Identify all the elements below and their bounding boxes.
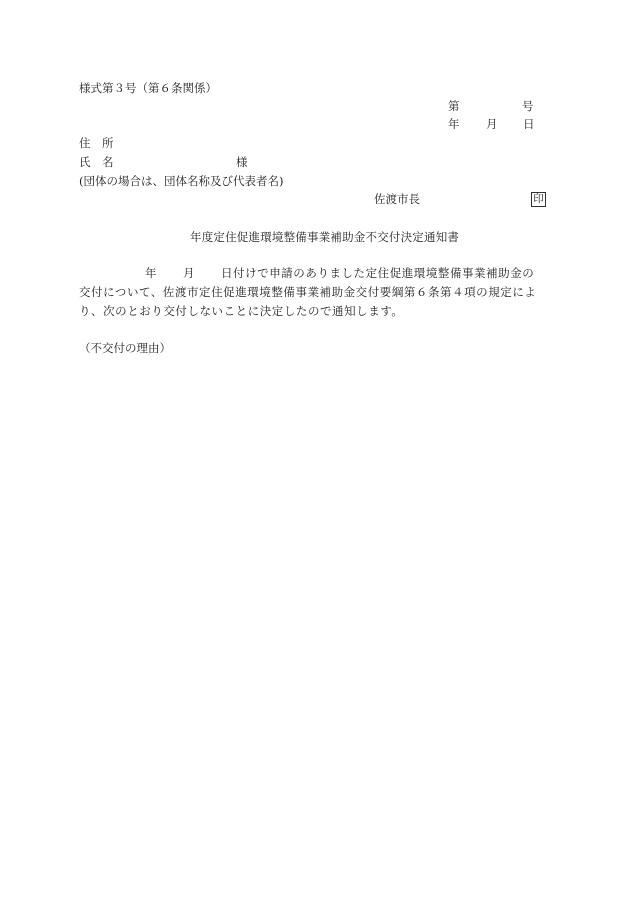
body-month: 月: [183, 266, 195, 280]
body-year: 年: [145, 266, 157, 280]
name-label: 氏 名: [79, 155, 114, 169]
date-year: 年: [448, 117, 460, 131]
body-line-2: 交付について、佐渡市定住促進環境整備事業補助金交付要綱第６条第４項の規定によ: [79, 285, 536, 299]
address-label: 住 所: [79, 136, 114, 150]
sender-title: 佐渡市長: [374, 192, 420, 206]
document-title: 年度定住促進環境整備事業補助金不交付決定通知書: [190, 230, 459, 244]
body-line-3: り、次のとおり交付しないことに決定したので通知します。: [79, 304, 403, 318]
organization-note: (団体の場合は、団体名称及び代表者名): [79, 174, 283, 188]
form-number: 様式第３号（第６条関係）: [79, 81, 217, 95]
honorific: 様: [236, 155, 248, 169]
seal-stamp-icon: 印: [531, 192, 546, 207]
reason-heading: （不交付の理由）: [79, 341, 171, 355]
doc-number-prefix: 第: [448, 99, 460, 113]
date-month: 月: [486, 117, 498, 131]
date-day: 日: [523, 117, 535, 131]
body-line-1: 日付けで申請のありました定住促進環境整備事業補助金の: [221, 266, 534, 280]
doc-number-suffix: 号: [522, 99, 534, 113]
